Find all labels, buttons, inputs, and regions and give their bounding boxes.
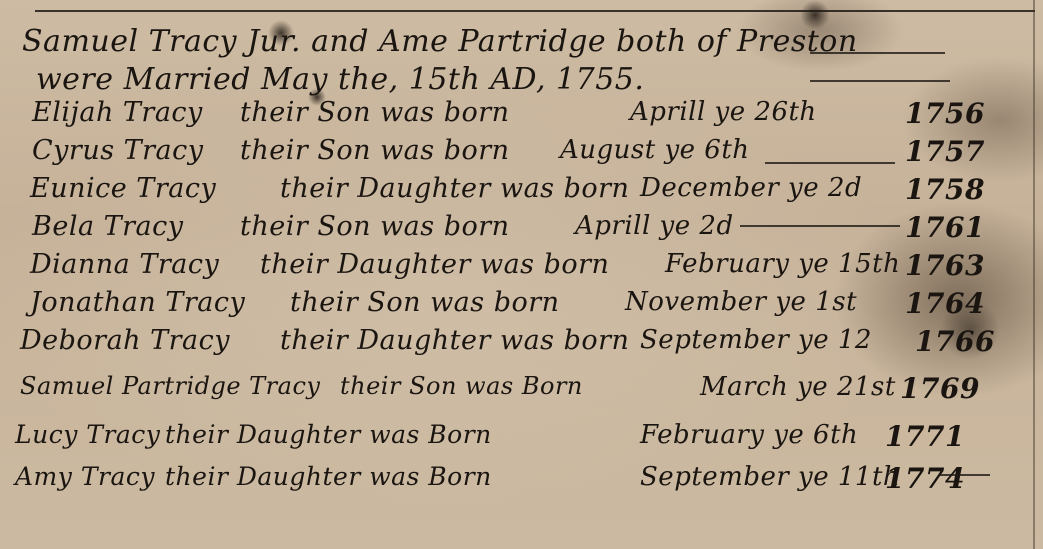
entry-name: Samuel Partridge Tracy xyxy=(20,372,320,400)
entry-relation: their Daughter was born xyxy=(260,249,609,280)
entry-relation: their Son was born xyxy=(290,287,560,318)
entry-relation: their Daughter was born xyxy=(280,173,629,204)
entry-row: Amy Tracy their Daughter was Born Septem… xyxy=(0,462,1043,502)
entry-year: 1766 xyxy=(915,325,995,358)
entry-name: Jonathan Tracy xyxy=(30,287,245,318)
entry-name: Dianna Tracy xyxy=(30,249,219,280)
entry-date: September ye 12 xyxy=(640,325,872,355)
top-ruled-line xyxy=(35,10,1035,12)
entry-row: Dianna Tracy their Daughter was born Feb… xyxy=(0,249,1043,289)
entry-relation: their Son was Born xyxy=(340,372,583,400)
entry-relation: their Daughter was Born xyxy=(165,462,492,491)
entry-date: March ye 21st xyxy=(700,372,896,402)
flourish-line xyxy=(810,80,950,82)
entry-year: 1758 xyxy=(905,173,985,206)
flourish-line xyxy=(740,225,900,227)
entry-row: Eunice Tracy their Daughter was born Dec… xyxy=(0,173,1043,213)
entry-year: 1763 xyxy=(905,249,985,282)
entry-name: Cyrus Tracy xyxy=(32,135,204,166)
entry-relation: their Daughter was Born xyxy=(165,420,492,449)
entry-relation: their Son was born xyxy=(240,97,510,128)
entry-date: February ye 6th xyxy=(640,420,858,450)
entry-relation: their Daughter was born xyxy=(280,325,629,356)
entry-name: Amy Tracy xyxy=(15,462,155,491)
entry-row: Jonathan Tracy their Son was born Novemb… xyxy=(0,287,1043,327)
flourish-line xyxy=(810,52,945,54)
entry-row: Samuel Partridge Tracy their Son was Bor… xyxy=(0,372,1043,412)
flourish-line xyxy=(940,474,990,476)
entry-row: Cyrus Tracy their Son was born August ye… xyxy=(0,135,1043,175)
entry-row: Deborah Tracy their Daughter was born Se… xyxy=(0,325,1043,365)
manuscript-page: Samuel Tracy Jur. and Ame Partridge both… xyxy=(0,0,1043,549)
entry-year: 1774 xyxy=(885,462,965,495)
entry-date: August ye 6th xyxy=(560,135,750,165)
marriage-record-line-2: were Married May the, 15th AD, 1755. xyxy=(36,62,644,97)
entry-year: 1756 xyxy=(905,97,985,130)
entry-year: 1771 xyxy=(885,420,965,453)
entry-date: Aprill ye 2d xyxy=(575,211,734,241)
entry-year: 1757 xyxy=(905,135,985,168)
entry-name: Elijah Tracy xyxy=(32,97,203,128)
entry-name: Deborah Tracy xyxy=(20,325,230,356)
marriage-record-line-1: Samuel Tracy Jur. and Ame Partridge both… xyxy=(22,24,858,59)
entry-row: Elijah Tracy their Son was born Aprill y… xyxy=(0,97,1043,137)
flourish-line xyxy=(765,162,895,164)
entry-row: Lucy Tracy their Daughter was Born Febru… xyxy=(0,420,1043,460)
entry-date: December ye 2d xyxy=(640,173,862,203)
entry-name: Lucy Tracy xyxy=(15,420,160,449)
entry-year: 1761 xyxy=(905,211,985,244)
entry-date: November ye 1st xyxy=(625,287,857,317)
entry-year: 1764 xyxy=(905,287,985,320)
entry-year: 1769 xyxy=(900,372,980,405)
entry-date: Aprill ye 26th xyxy=(630,97,817,127)
entry-relation: their Son was born xyxy=(240,211,510,242)
entry-name: Bela Tracy xyxy=(32,211,184,242)
entry-row: Bela Tracy their Son was born Aprill ye … xyxy=(0,211,1043,251)
header-line-1: Samuel Tracy Jur. and Ame Partridge both… xyxy=(0,22,1043,62)
entry-name: Eunice Tracy xyxy=(30,173,216,204)
entry-date: September ye 11th xyxy=(640,462,900,492)
entry-date: February ye 15th xyxy=(665,249,900,279)
entry-relation: their Son was born xyxy=(240,135,510,166)
